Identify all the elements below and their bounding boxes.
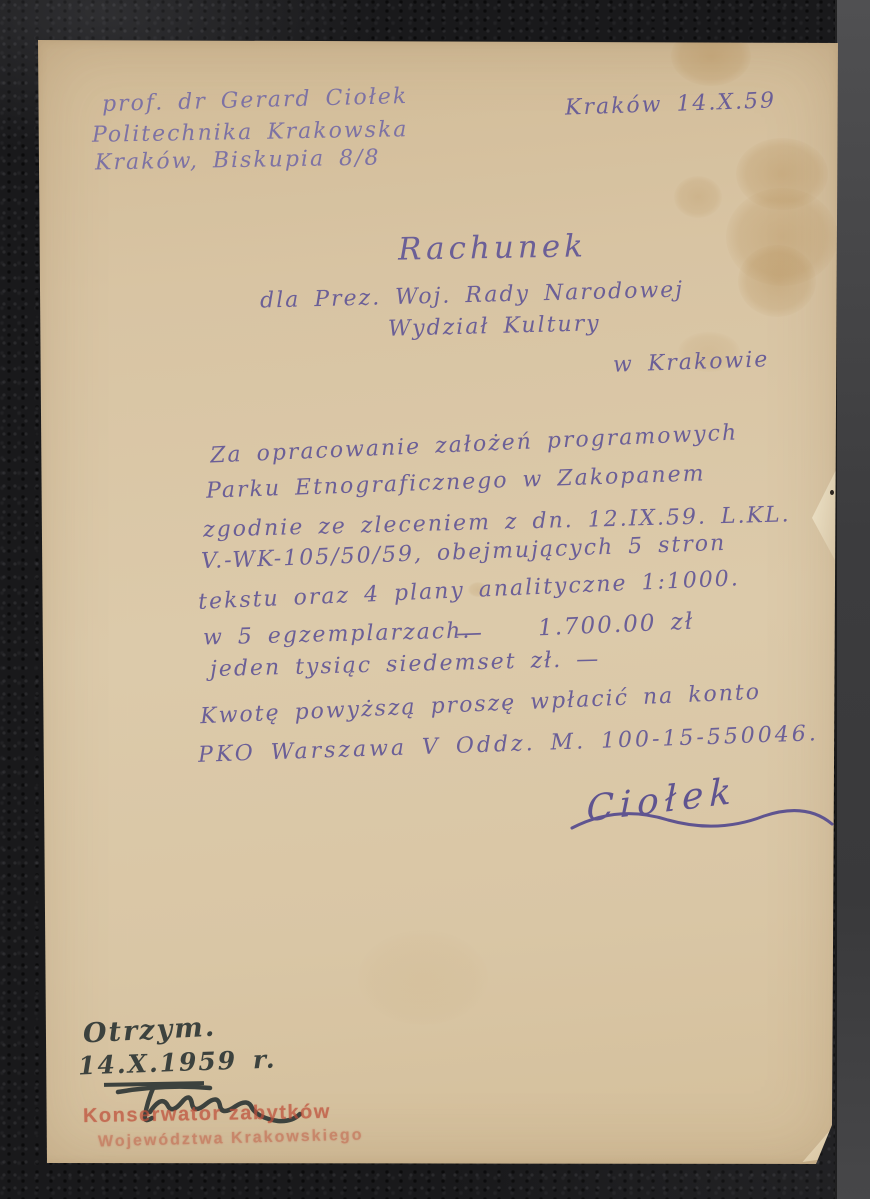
stamp-line-2: Województwa Krakowskiego [98,1127,364,1152]
body-line-5: tekstu oraz 4 plany analityczne 1:1000. [198,566,741,615]
paper-stain [358,930,488,1025]
payment-line-1: Kwotę powyższą proszę wpłacić na konto [200,680,762,729]
folded-corner [800,1128,832,1162]
paper-stain [671,26,751,86]
approval-note: Otrzym. [82,1012,217,1050]
recipient-line-3: w Krakowie [613,347,770,377]
approval-date: 14.X.1959 r. [78,1045,277,1081]
payment-line-2: PKO Warszawa V Oddz. M. 100-15-550046. [198,721,819,768]
signature-flourish [568,798,838,848]
paper-sheet: prof. dr Gerard Ciołek Politechnika Krak… [38,40,838,1164]
paper-stain [674,176,722,218]
sender-line-3: Kraków, Biskupia 8/8 [95,146,381,176]
recipient-line-2: Wydział Kultury [388,311,601,342]
document-title: Rachunek [398,228,588,267]
background-side-band [835,0,870,1199]
paper-stain [736,138,828,210]
tape-speck [830,490,834,495]
sender-line-1: prof. dr Gerard Ciołek [102,84,409,117]
amount-value: 1.700.00 zł [538,609,695,642]
paper-stain [738,245,816,317]
paper-stain [726,188,838,286]
body-line-2: Parku Etnograficznego w Zakopanem [206,461,706,503]
body-copies-line: w 5 egzemplarzach. [203,618,472,650]
amount-dash: — [455,618,484,649]
scanned-document-photo: prof. dr Gerard Ciołek Politechnika Krak… [0,0,870,1199]
amount-words: jeden tysiąc siedemset zł. — [210,647,601,682]
dateline: Kraków 14.X.59 [565,88,777,120]
recipient-line-1: dla Prez. Woj. Rady Narodowej [260,277,685,313]
stamp-line-1: Konserwator zabytków [83,1101,331,1128]
body-line-1: Za opracowanie założeń programowych [210,420,739,468]
tape-repair [812,470,836,562]
sender-line-2: Politechnika Krakowska [92,117,409,148]
